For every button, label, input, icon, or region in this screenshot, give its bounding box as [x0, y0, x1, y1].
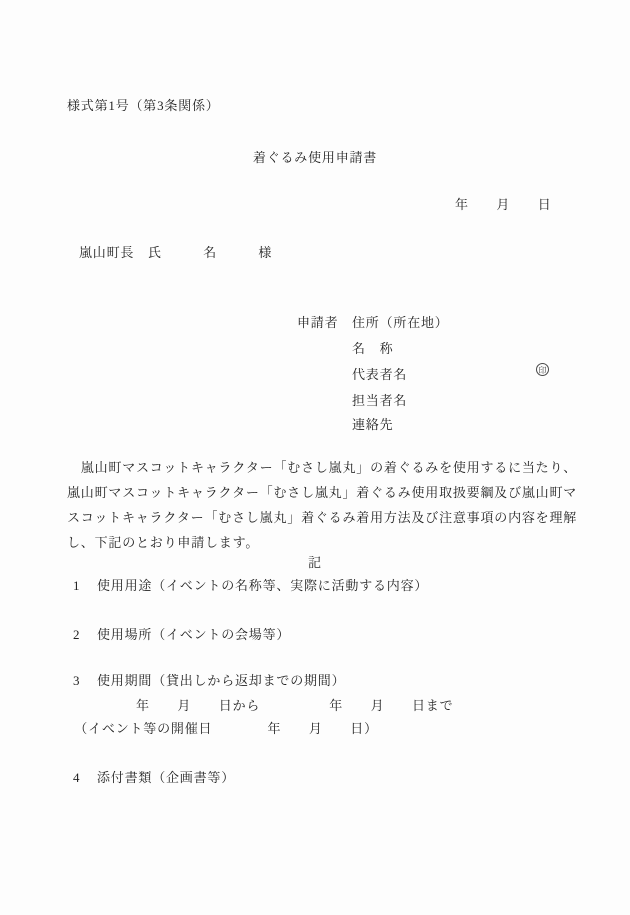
applicant-contact-label: 連絡先: [352, 418, 393, 432]
item-1-number: 1: [73, 579, 97, 593]
item-2-number: 2: [73, 628, 97, 642]
document-title: 着ぐるみ使用申請書: [0, 151, 630, 165]
item-1-usage-purpose: 1 使用用途（イベントの名称等、実際に活動する内容）: [73, 579, 428, 593]
record-marker: 記: [0, 556, 630, 570]
body-paragraph-line-1: 嵐山町マスコットキャラクター「むさし嵐丸」の着ぐるみを使用するに当たり、: [67, 461, 577, 475]
application-form-page: 様式第1号（第3条関係） 着ぐるみ使用申請書 年 月 日 嵐山町長 氏 名 様 …: [0, 0, 630, 915]
body-paragraph-line-4: し、下記のとおり申請します。: [67, 536, 259, 550]
item-3-period-date-blank: 年 月 日から 年 月 日まで: [67, 699, 453, 713]
item-4-attached-documents: 4 添付書類（企画書等）: [73, 771, 235, 785]
body-paragraph-line-2: 嵐山町マスコットキャラクター「むさし嵐丸」着ぐるみ使用取扱要綱及び嵐山町マ: [67, 486, 577, 500]
applicant-address-label: 住所（所在地）: [352, 316, 449, 330]
item-4-label: 添付書類（企画書等）: [97, 771, 235, 785]
item-2-label: 使用場所（イベントの会場等）: [97, 628, 290, 642]
addressee-line: 嵐山町長 氏 名 様: [79, 246, 272, 260]
item-3-usage-period: 3 使用期間（貸出しから返却までの期間）: [73, 674, 345, 688]
item-1-label: 使用用途（イベントの名称等、実際に活動する内容）: [97, 579, 428, 593]
applicant-contact-person-label: 担当者名: [352, 394, 407, 408]
item-3-label: 使用期間（貸出しから返却までの期間）: [97, 674, 345, 688]
seal-mark: 印: [536, 363, 549, 376]
item-3-number: 3: [73, 674, 97, 688]
item-4-number: 4: [73, 771, 97, 785]
applicant-label: 申請者: [297, 316, 338, 330]
form-number: 様式第1号（第3条関係）: [67, 99, 220, 113]
item-3-event-date-blank: （イベント等の開催日 年 月 日）: [67, 722, 378, 736]
item-2-usage-place: 2 使用場所（イベントの会場等）: [73, 628, 290, 642]
applicant-name-label: 名 称: [352, 342, 393, 356]
applicant-representative-label: 代表者名: [352, 368, 407, 382]
body-paragraph-line-3: スコットキャラクター「むさし嵐丸」着ぐるみ着用方法及び注意事項の内容を理解: [67, 511, 577, 525]
application-date-blank: 年 月 日: [455, 198, 552, 212]
